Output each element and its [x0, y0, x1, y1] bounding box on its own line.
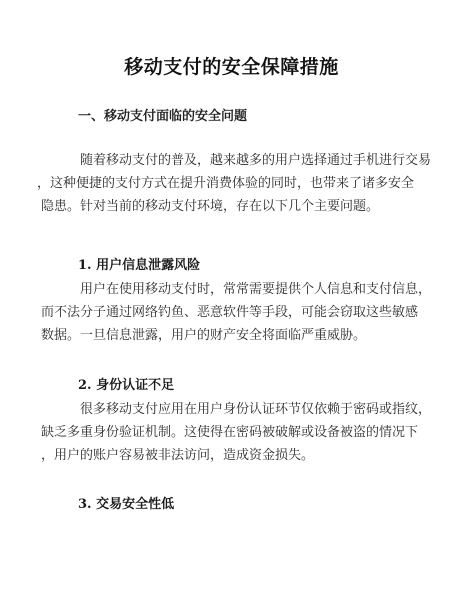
- paragraph-line: 用户在使用移动支付时，常常需要提供个人信息和支付信息，: [41, 278, 411, 301]
- paragraph-line: 隐患。针对当前的移动支付环境，存在以下几个主要问题。: [41, 195, 411, 218]
- paragraph-line: ，用户的账户容易被非法访问，造成资金损失。: [41, 444, 411, 467]
- paragraph-line: 数据。一旦信息泄露，用户的财产安全将面临严重威胁。: [41, 324, 411, 347]
- subsection-paragraph-2: 很多移动支付应用在用户身份认证环节仅依赖于密码或指纹， 缺乏多重身份验证机制。这…: [41, 398, 411, 467]
- subsection-heading-2: 2. 身份认证不足: [78, 376, 174, 396]
- paragraph-line: 而不法分子通过网络钓鱼、恶意软件等手段，可能会窃取这些敏感: [41, 301, 411, 324]
- section-heading: 一、移动支付面临的安全问题: [78, 107, 247, 127]
- paragraph-line: 很多移动支付应用在用户身份认证环节仅依赖于密码或指纹，: [41, 398, 411, 421]
- paragraph-line: 随着移动支付的普及，越来越多的用户选择通过手机进行交易: [41, 149, 411, 172]
- document-page: 移动支付的安全保障措施 一、移动支付面临的安全问题 随着移动支付的普及，越来越多…: [0, 0, 463, 600]
- intro-paragraph: 随着移动支付的普及，越来越多的用户选择通过手机进行交易 ，这种便捷的支付方式在提…: [41, 149, 411, 218]
- subsection-heading-3: 3. 交易安全性低: [78, 495, 174, 515]
- document-title: 移动支付的安全保障措施: [0, 55, 463, 79]
- subsection-paragraph-1: 用户在使用移动支付时，常常需要提供个人信息和支付信息， 而不法分子通过网络钓鱼、…: [41, 278, 411, 347]
- subsection-heading-1: 1. 用户信息泄露风险: [78, 256, 200, 276]
- paragraph-line: 缺乏多重身份验证机制。这使得在密码被破解或设备被盗的情况下: [41, 421, 411, 444]
- paragraph-line: ，这种便捷的支付方式在提升消费体验的同时，也带来了诸多安全: [37, 172, 411, 195]
